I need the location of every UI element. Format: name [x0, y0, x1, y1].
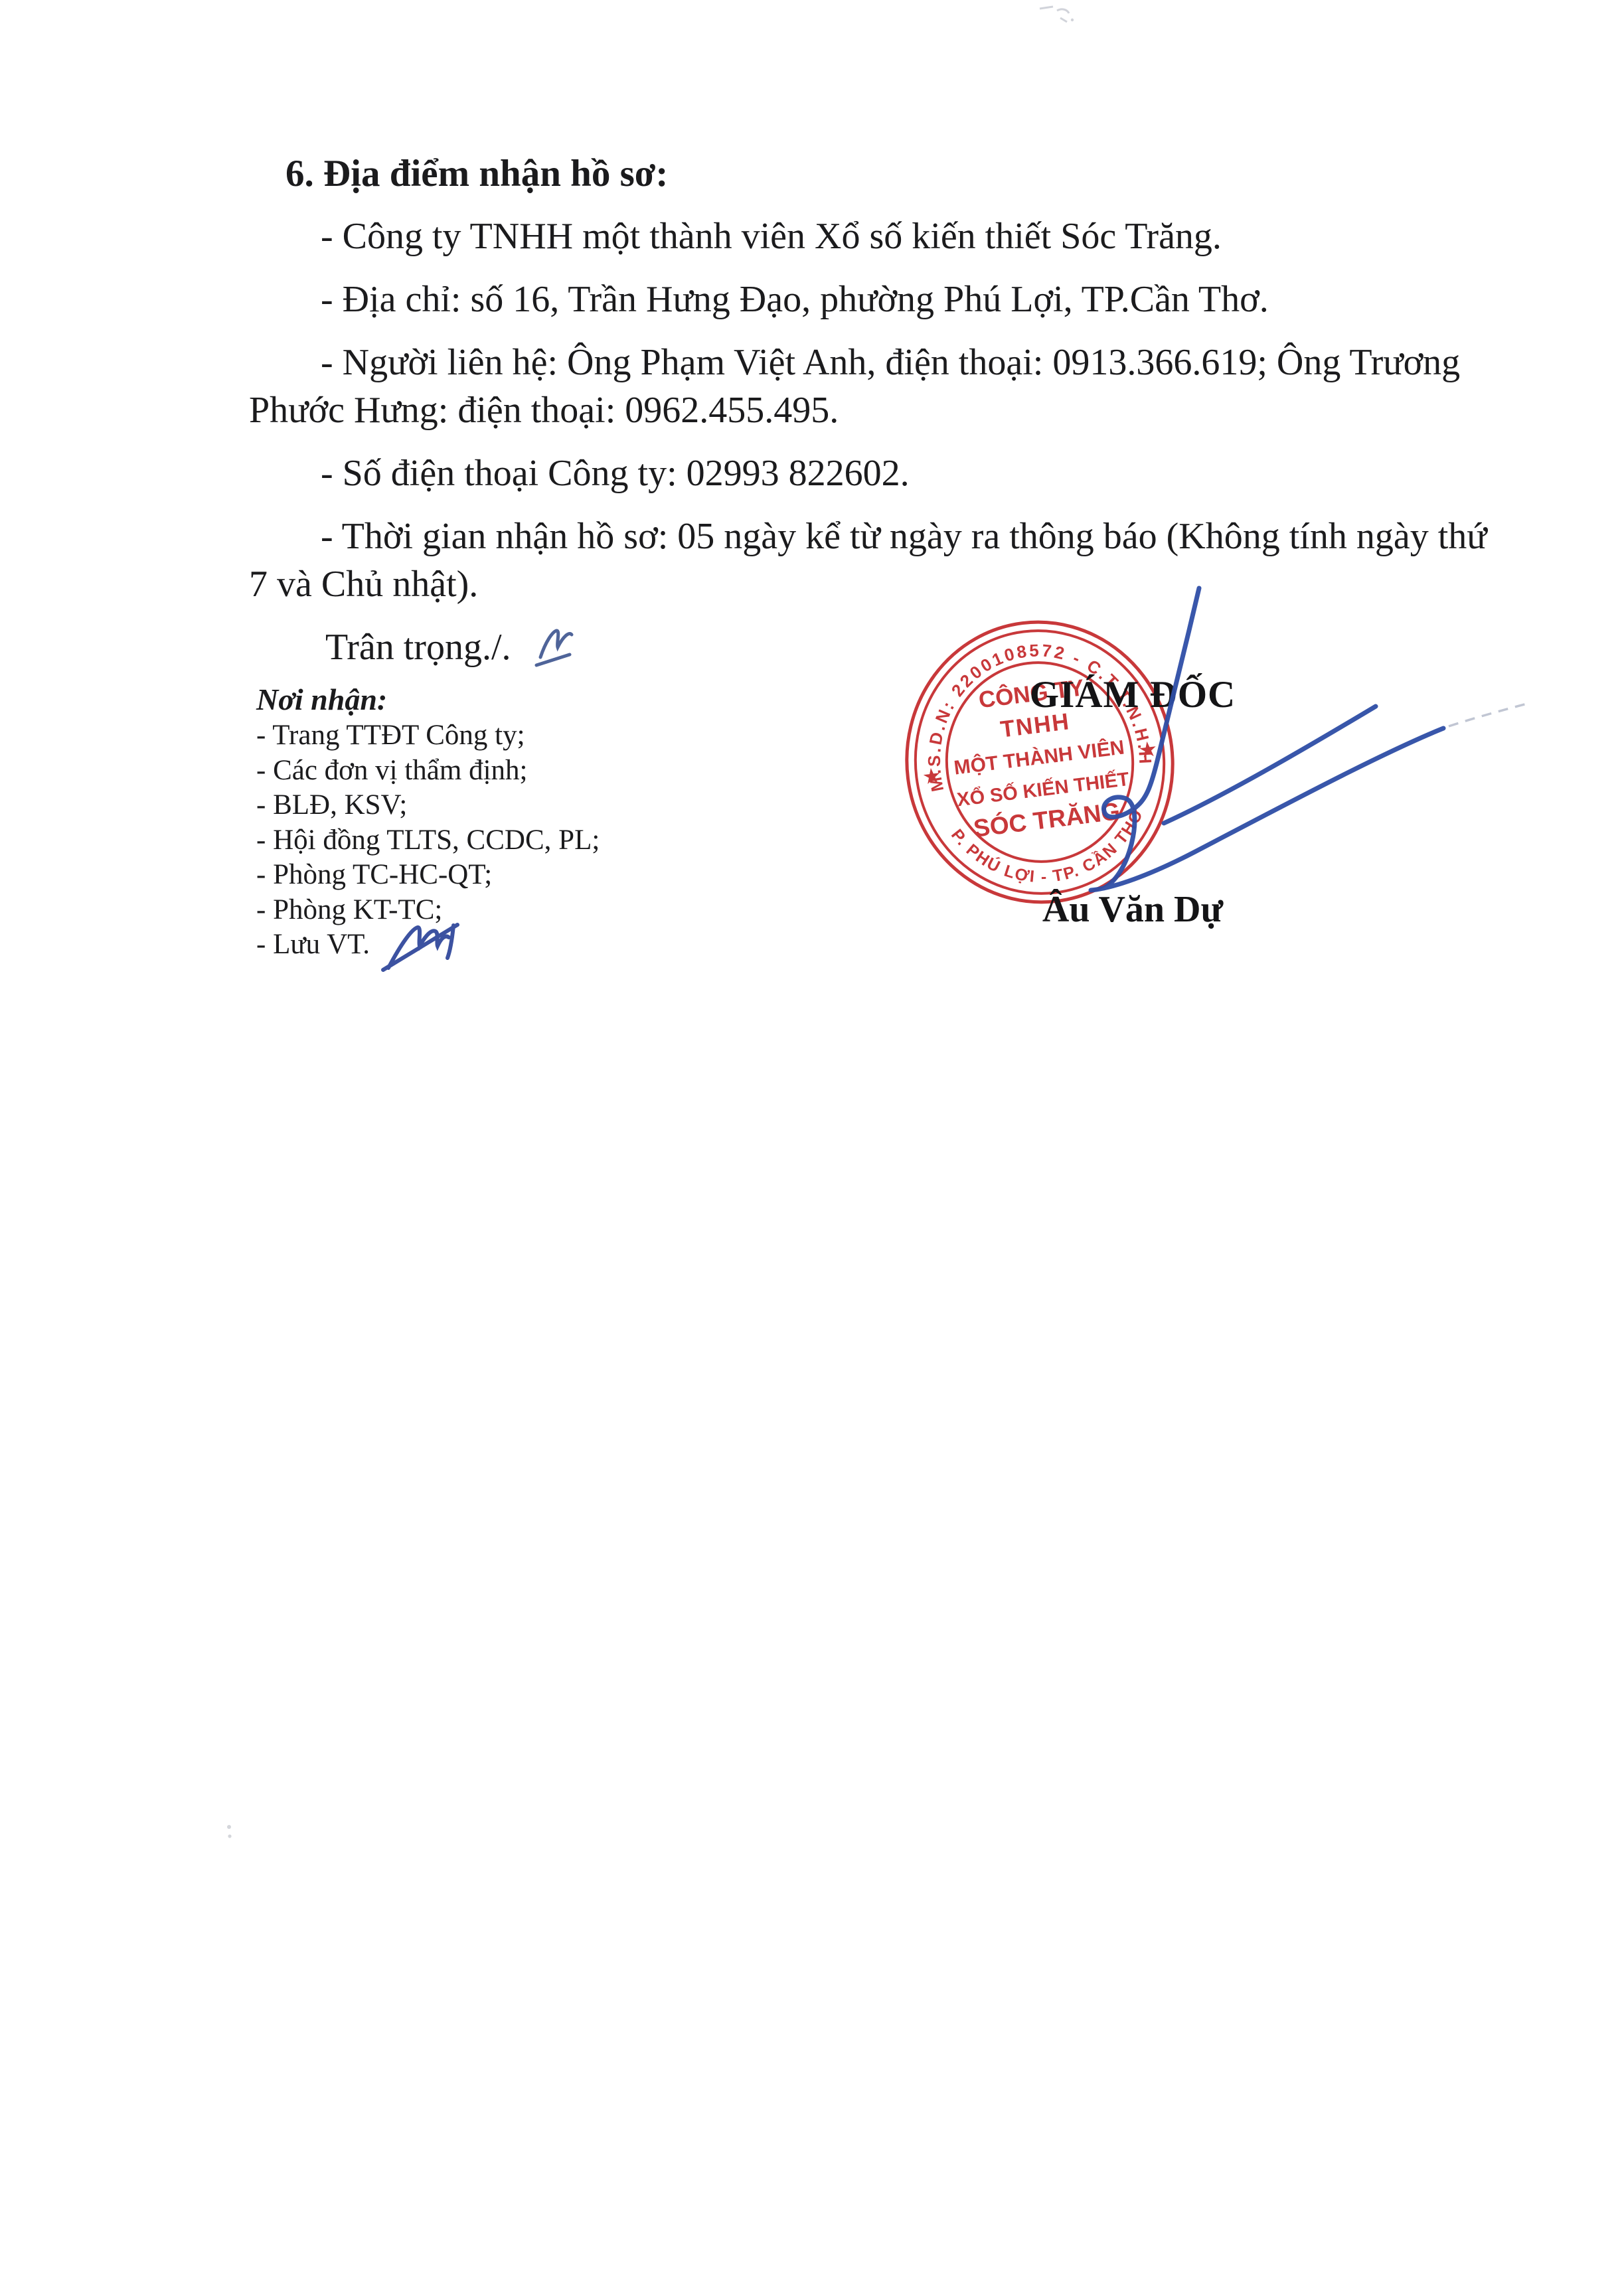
paragraph-address: - Địa chỉ: số 16, Trần Hưng Đạo, phường … [249, 276, 1497, 323]
signer-name: Âu Văn Dự [967, 888, 1299, 931]
recipient-item: - Trang TTĐT Công ty; [256, 718, 761, 753]
signature-faint-trail [1449, 704, 1527, 726]
recipient-item: - Các đơn vị thẩm định; [256, 753, 761, 789]
recipient-item: - BLĐ, KSV; [256, 788, 761, 823]
recipient-item: - Lưu VT. [256, 927, 761, 963]
recipients-label: Nơi nhận: [256, 681, 761, 718]
section-heading: 6. Địa điểm nhận hồ sơ: [249, 150, 1497, 198]
recipient-item: - Phòng KT-TC; [256, 893, 761, 928]
paragraph-contacts: - Người liên hệ: Ông Phạm Việt Anh, điện… [249, 339, 1497, 434]
paragraph-phone: - Số điện thoại Công ty: 02993 822602. [249, 449, 1497, 497]
recipient-item: - Hội đồng TLTS, CCDC, PL; [256, 823, 761, 858]
document-page: 6. Địa điểm nhận hồ sơ: - Công ty TNHH m… [0, 0, 1624, 2285]
recipients-block: Nơi nhận: - Trang TTĐT Công ty; - Các đơ… [256, 681, 761, 963]
seal-star-left-icon: ★ [921, 763, 943, 789]
paragraph-company: - Công ty TNHH một thành viên Xổ số kiến… [249, 212, 1497, 260]
recipient-item: - Phòng TC-HC-QT; [256, 858, 761, 893]
seal-star-right-icon: ★ [1137, 736, 1159, 762]
company-seal: M.S.D.N: 2200108572 - C.T.T.N.H.H P. PHÚ… [867, 590, 1212, 935]
signer-title: GIÁM ĐỐC [967, 673, 1299, 716]
